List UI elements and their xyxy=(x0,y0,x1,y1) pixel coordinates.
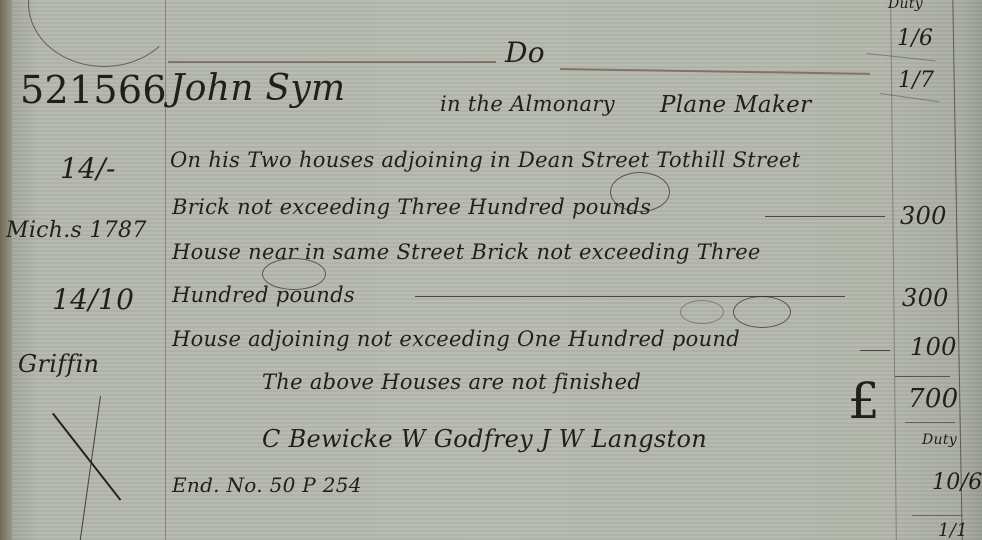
entry-heading-rule-left xyxy=(168,61,496,63)
duty-rule-2 xyxy=(880,93,940,102)
entry-heading-rule-right xyxy=(560,68,870,74)
margin-premium: 14/- xyxy=(60,152,116,185)
duty-label-bottom: Duty xyxy=(922,432,957,448)
amount-leader-1 xyxy=(765,216,885,217)
total-underline xyxy=(905,422,955,423)
duty-bottom-partial: 1/1 xyxy=(938,520,968,540)
duty-top-2: 1/7 xyxy=(898,68,934,93)
amount-2: 300 xyxy=(902,284,949,312)
ditto-heading: Do xyxy=(505,36,545,69)
cross-mark-stroke-2 xyxy=(79,396,101,540)
insured-name: John Sym xyxy=(170,68,345,109)
total-amount: 700 xyxy=(908,384,959,414)
total-rule xyxy=(895,376,950,377)
flourish-loop-3 xyxy=(733,296,791,328)
amount-1: 300 xyxy=(900,202,947,230)
duty-label-top: Duty xyxy=(888,0,923,12)
body-line-6: The above Houses are not finished xyxy=(262,370,641,394)
margin-total: 14/10 xyxy=(52,283,134,316)
duty-rule-1 xyxy=(866,53,936,61)
body-line-5: House adjoining not exceeding One Hundre… xyxy=(172,327,740,351)
ledger-page: Do 521566 John Sym in the Almonary Plane… xyxy=(0,0,982,540)
book-binding-edge xyxy=(0,0,12,540)
amount-3: 100 xyxy=(910,333,957,361)
body-line-2: Brick not exceeding Three Hundred pounds xyxy=(172,195,651,219)
flourish-loop-4 xyxy=(680,300,724,324)
margin-quarter: Mich.s 1787 xyxy=(6,218,147,243)
duty-bottom: 10/6 xyxy=(932,470,982,495)
amount-leader-3 xyxy=(860,350,890,351)
body-line-4: Hundred pounds xyxy=(172,283,355,307)
flourish-top-left xyxy=(28,0,180,67)
endorsement-reference: End. No. 50 P 254 xyxy=(172,473,362,497)
page-edge xyxy=(952,0,962,540)
total-pound-symbol: £ xyxy=(848,372,880,430)
policy-number: 521566 xyxy=(20,68,167,112)
insured-occupation: Plane Maker xyxy=(660,92,811,118)
flourish-loop-1 xyxy=(610,172,670,212)
margin-agent: Griffin xyxy=(18,350,99,378)
clerk-signatures: C Bewicke W Godfrey J W Langston xyxy=(262,425,707,453)
flourish-loop-2 xyxy=(262,258,326,290)
insured-address: in the Almonary xyxy=(440,92,615,116)
body-line-1: On his Two houses adjoining in Dean Stre… xyxy=(170,148,801,172)
amount-leader-2 xyxy=(415,296,845,297)
duty-bottom-rule xyxy=(912,515,962,516)
margin-rule-amount xyxy=(890,0,897,540)
duty-top-1: 1/6 xyxy=(897,26,933,51)
body-line-3: House near in same Street Brick not exce… xyxy=(172,240,761,264)
